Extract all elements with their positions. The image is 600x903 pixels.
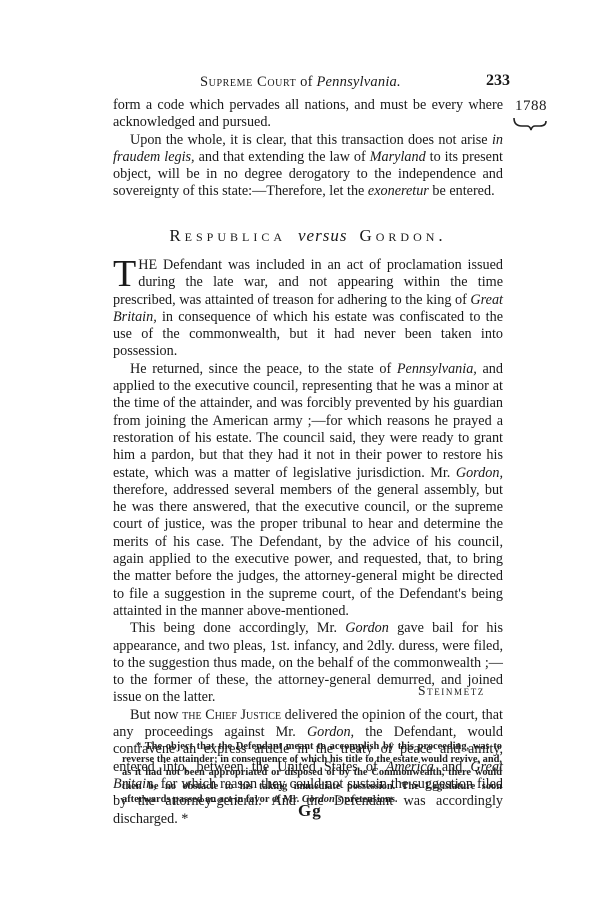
- place-name: Pennsylvania,: [397, 361, 477, 377]
- person-name: Gordon: [345, 620, 389, 636]
- printer-signature-mark: Gg: [298, 801, 322, 821]
- text: in consequence of which his estate was c…: [113, 309, 503, 360]
- text: form a code which pervades all nations, …: [113, 97, 503, 130]
- latin-term: exoneretur: [368, 183, 429, 199]
- margin-year: 1788: [515, 98, 547, 115]
- text: and that extending the law of: [195, 149, 370, 165]
- case-title: RespublicaversusGordon.: [113, 226, 503, 246]
- page-number: 233: [486, 72, 510, 90]
- case-party-right: Gordon.: [359, 226, 446, 245]
- text: pretensions.: [342, 794, 398, 805]
- reporter-signature: Steinmetz: [418, 683, 485, 699]
- running-head: Supreme Court of Pennsylvania.: [200, 74, 492, 91]
- running-head-court: Supreme Court: [200, 74, 296, 90]
- previous-case-conclusion: form a code which pervades all nations, …: [113, 97, 503, 201]
- drop-cap: T: [113, 259, 136, 290]
- brace-icon: [512, 117, 548, 131]
- text: therefore, addressed several members of …: [113, 482, 503, 619]
- paragraph: form a code which pervades all nations, …: [113, 97, 503, 132]
- person-name: Gordon,: [456, 465, 503, 481]
- paragraph: He returned, since the peace, to the sta…: [113, 361, 503, 620]
- text: Upon the whole, it is clear, that this t…: [130, 132, 492, 148]
- text: This being done accordingly, Mr.: [130, 620, 345, 636]
- person-name: Gordon,: [307, 724, 354, 740]
- text: He returned, since the peace, to the sta…: [130, 361, 397, 377]
- case-versus: versus: [298, 226, 347, 245]
- footnote-text: * The object that the Defendant meant to…: [122, 740, 502, 806]
- case-party-left: Respublica: [169, 226, 286, 245]
- judge-title: the Chief Justice: [182, 707, 281, 723]
- running-head-state: Pennsylvania.: [316, 74, 400, 90]
- running-head-of: of: [296, 74, 316, 90]
- footnote: * The object that the Defendant meant to…: [122, 740, 502, 806]
- paragraph: Upon the whole, it is clear, that this t…: [113, 132, 503, 201]
- text: be entered.: [429, 183, 495, 199]
- text: and applied to the executive council, re…: [113, 361, 503, 481]
- book-page: Supreme Court of Pennsylvania. 233 1788 …: [0, 0, 600, 903]
- text: But now: [130, 707, 182, 723]
- paragraph: THE Defendant was included in an act of …: [113, 257, 503, 361]
- text: HE Defendant was included in an act of p…: [113, 257, 503, 308]
- place-name: Maryland: [370, 149, 426, 165]
